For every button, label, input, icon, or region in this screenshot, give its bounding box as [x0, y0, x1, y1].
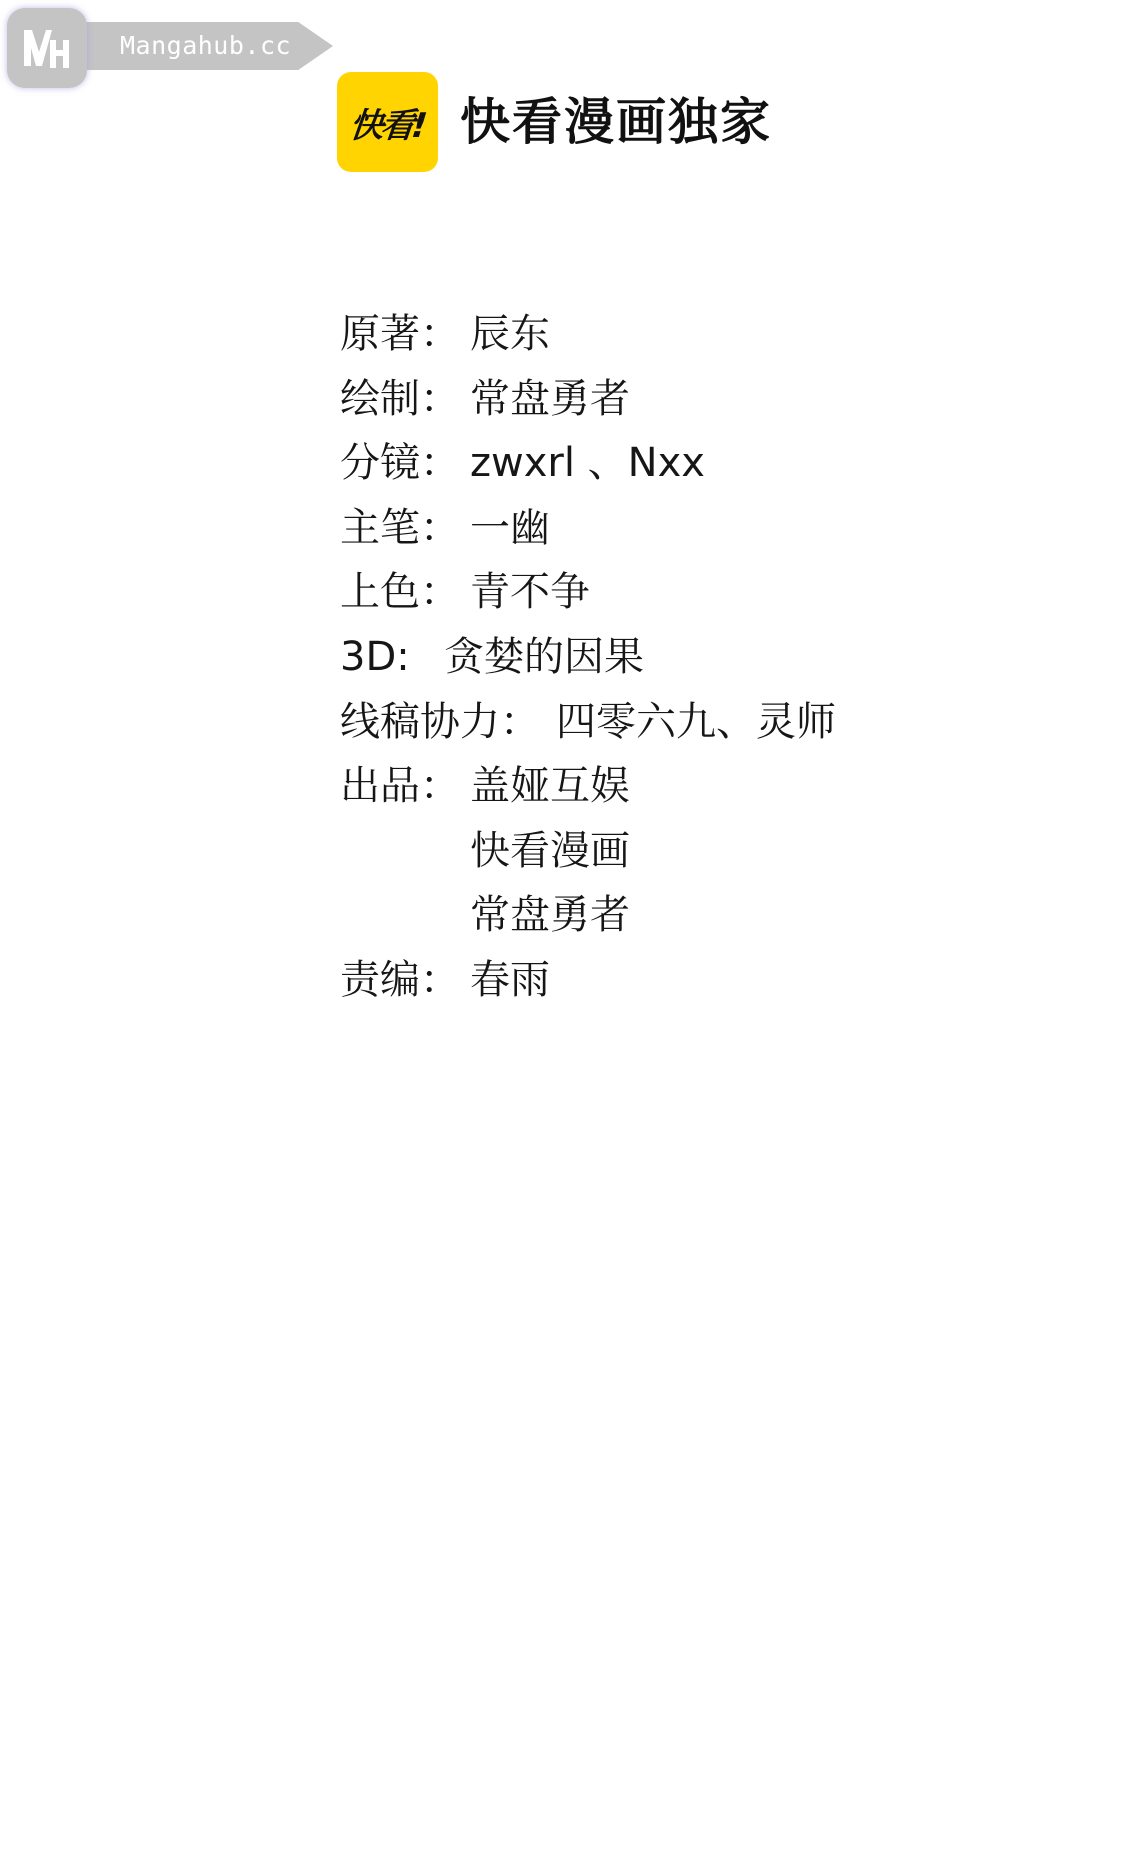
credit-value: 盖娅互娱: [470, 754, 630, 819]
credit-row-lineart-assist: 线稿协力： 四零六九、灵师: [340, 690, 836, 755]
kuaikan-logo-icon: 快看!: [337, 72, 438, 172]
credit-value: 贪婪的因果: [444, 625, 644, 690]
credit-label: 原著：: [340, 302, 470, 367]
credit-value: 辰东: [470, 302, 550, 367]
credit-row-producer-2: 快看漫画: [340, 819, 836, 884]
credit-value: 快看漫画: [470, 819, 630, 884]
credit-label: 3D:: [340, 625, 444, 690]
credit-value: 四零六九、灵师: [556, 690, 836, 755]
credit-row-artist: 绘制： 常盘勇者: [340, 367, 836, 432]
brand-header: 快看! 快看漫画独家: [337, 72, 772, 172]
credit-row-3d: 3D: 贪婪的因果: [340, 625, 836, 690]
credit-value: 春雨: [470, 948, 550, 1013]
brand-title: 快看漫画独家: [460, 97, 772, 147]
credit-row-lead-artist: 主笔： 一幽: [340, 496, 836, 561]
credit-value: 常盘勇者: [470, 883, 630, 948]
watermark-banner: Mangahub.cc: [85, 22, 333, 70]
credit-label: 上色：: [340, 560, 470, 625]
credits-list: 原著： 辰东 绘制： 常盘勇者 分镜： zwxrl 、Nxx 主笔： 一幽 上色…: [340, 302, 836, 1013]
credit-value: 常盘勇者: [470, 367, 630, 432]
credit-label: 线稿协力：: [340, 690, 556, 755]
credit-label: 绘制：: [340, 367, 470, 432]
credit-row-storyboard: 分镜： zwxrl 、Nxx: [340, 431, 836, 496]
credit-label: 责编：: [340, 948, 470, 1013]
credit-label: 出品：: [340, 754, 470, 819]
brand-logo-text: 快看!: [348, 98, 428, 147]
credit-label: 主笔：: [340, 496, 470, 561]
credit-row-original-author: 原著： 辰东: [340, 302, 836, 367]
credit-row-producer: 出品： 盖娅互娱: [340, 754, 836, 819]
credit-label: 分镜：: [340, 431, 470, 496]
watermark-logo-icon: [7, 8, 87, 88]
credit-value: 青不争: [470, 560, 590, 625]
credit-value: zwxrl 、Nxx: [470, 431, 705, 496]
credit-row-colorist: 上色： 青不争: [340, 560, 836, 625]
credit-row-producer-3: 常盘勇者: [340, 883, 836, 948]
credit-row-editor: 责编： 春雨: [340, 948, 836, 1013]
credit-value: 一幽: [470, 496, 550, 561]
watermark-site-text: Mangahub.cc: [120, 22, 291, 70]
